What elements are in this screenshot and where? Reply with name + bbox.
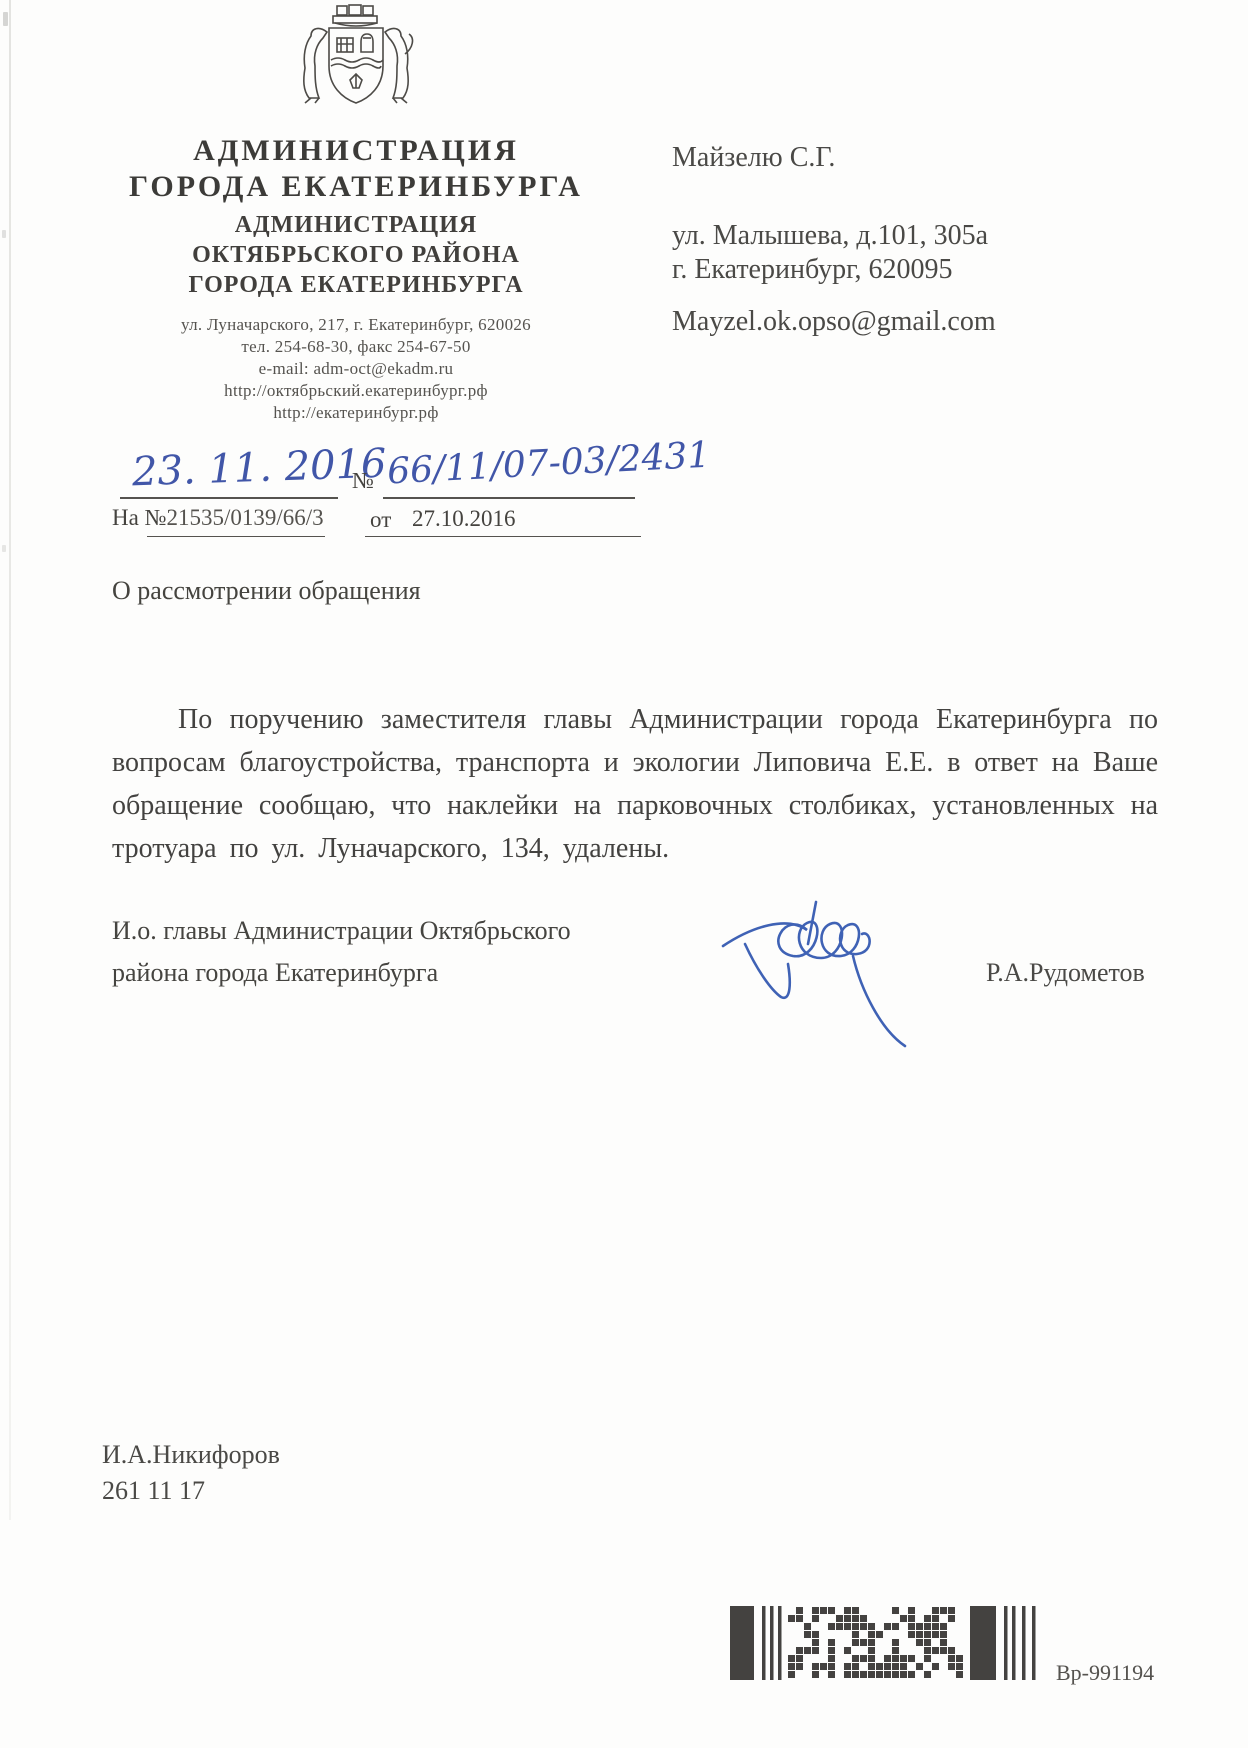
outgoing-date-underline [120,497,338,499]
letterhead-site1: http://октябрьский.екатеринбург.рф [96,381,616,401]
recipient-name: Майзелю С.Г. [672,142,835,174]
outgoing-date-handwritten: 23. 11. 2016 [131,441,387,496]
incoming-number-underline [147,536,325,537]
body-paragraph: По поручению заместителя главы Администр… [112,698,1158,870]
letterhead-phone-fax: тел. 254-68-30, факс 254-67-50 [96,337,616,357]
org-name-district-line2: ОКТЯБРЬСКОГО РАЙОНА [96,242,616,269]
incoming-ref-line: На №21535/0139/66/3 [112,505,324,531]
letterhead-email: e-mail: adm-oct@ekadm.ru [96,359,616,379]
recipient-address-line1: ул. Малышева, д.101, 305а [672,220,988,252]
scan-speck [2,545,6,552]
incoming-date: 27.10.2016 [412,506,516,532]
coat-of-arms-icon [293,4,419,112]
org-name-city-line2: ГОРОДА ЕКАТЕРИНБУРГА [96,170,616,204]
scan-edge-line [9,0,11,1520]
barcode-label: Вр-991194 [1056,1660,1154,1686]
executor-name: И.А.Никифоров [102,1440,280,1470]
executor-phone: 261 11 17 [102,1476,205,1506]
incoming-number: 21535/0139/66/3 [167,505,324,530]
signature-ink-icon [715,898,935,1048]
org-name-district-line3: ГОРОДА ЕКАТЕРИНБУРГА [96,272,616,299]
recipient-email: Mayzel.ok.opso@gmail.com [672,306,996,338]
document-barcode [730,1604,1045,1682]
org-name-district-line1: АДМИНИСТРАЦИЯ [96,212,616,239]
incoming-label: На № [112,505,167,530]
outgoing-number-handwritten: 66/11/07-03/2431 [386,435,711,493]
scan-speck [3,12,8,26]
recipient-address-line2: г. Екатеринбург, 620095 [672,254,952,286]
outgoing-number-label: № [352,468,374,494]
org-name-city-line1: АДМИНИСТРАЦИЯ [96,134,616,168]
scan-speck [2,230,6,238]
letterhead-site2: http://екатеринбург.рф [96,403,616,423]
signer-position-line1: И.о. главы Администрации Октябрьского [112,916,571,946]
incoming-date-underline [365,536,641,537]
subject-line: О рассмотрении обращения [112,576,421,606]
from-label: от [370,507,391,533]
letterhead-address: ул. Луначарского, 217, г. Екатеринбург, … [96,315,616,335]
signer-name: Р.А.Рудометов [986,958,1145,988]
signer-position-line2: района города Екатеринбурга [112,958,438,988]
scanned-letter-page: АДМИНИСТРАЦИЯ ГОРОДА ЕКАТЕРИНБУРГА АДМИН… [0,0,1248,1748]
outgoing-number-underline [383,497,635,499]
